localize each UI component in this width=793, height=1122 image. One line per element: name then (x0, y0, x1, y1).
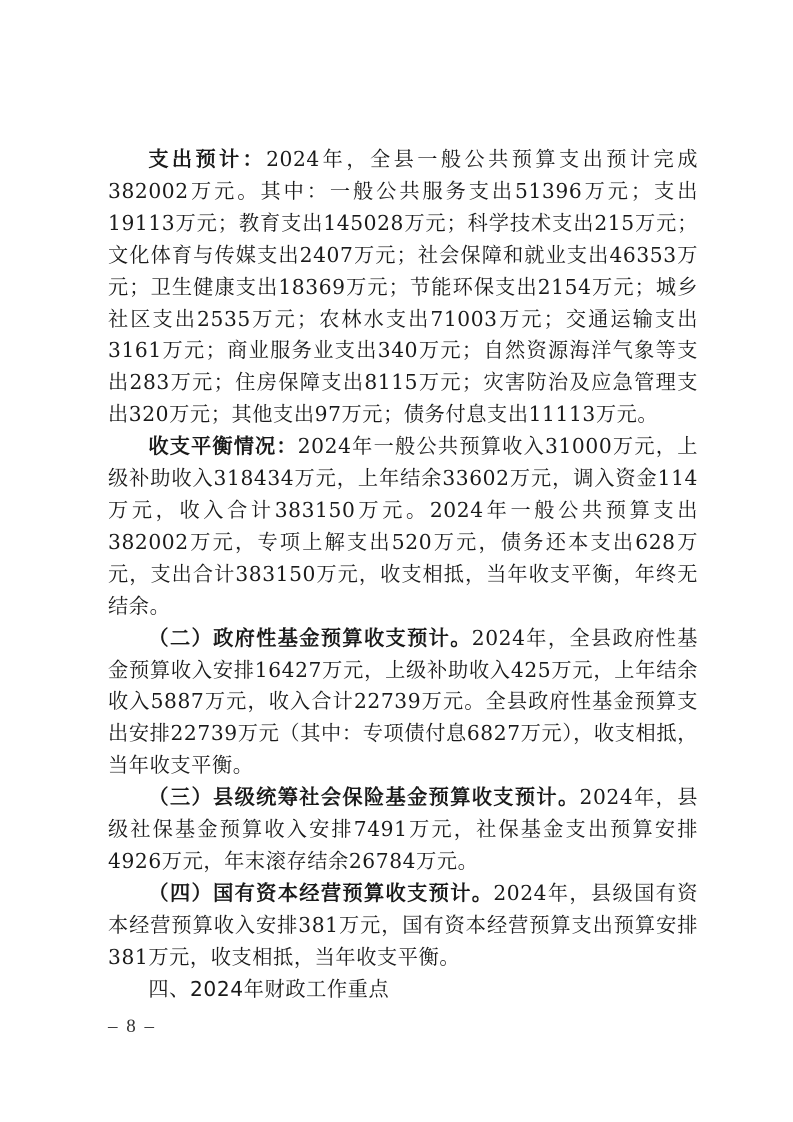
paragraph-government-fund: （二）政府性基金预算收支预计。2024年，全县政府性基金预算收入安排16427万… (108, 623, 698, 783)
paragraph-lead: （二）政府性基金预算收支预计。 (148, 626, 471, 650)
paragraph-body: 2024年一般公共预算收入31000万元，上级补助收入318434万元，上年结余… (108, 434, 698, 618)
paragraph-state-capital: （四）国有资本经营预算收支预计。2024年，县级国有资本经营预算收入安排381万… (108, 878, 698, 974)
paragraph-lead: 收支平衡情况： (148, 434, 297, 458)
page-number: – 8 – (108, 1016, 156, 1038)
paragraph-expenditure-forecast: 支出预计：2024年，全县一般公共预算支出预计完成382002万元。其中：一般公… (108, 144, 698, 431)
paragraph-lead: （三）县级统筹社会保险基金预算收支预计。 (148, 785, 579, 809)
paragraph-lead: 支出预计： (148, 147, 266, 171)
paragraph-social-insurance: （三）县级统筹社会保险基金预算收支预计。2024年，县级社保基金预算收入安排74… (108, 782, 698, 878)
paragraph-body: 2024年，全县一般公共预算支出预计完成382002万元。其中：一般公共服务支出… (108, 147, 698, 426)
section-heading: 四、2024年财政工作重点 (108, 974, 698, 1006)
paragraph-lead: （四）国有资本经营预算收支预计。 (148, 881, 493, 905)
paragraph-balance: 收支平衡情况：2024年一般公共预算收入31000万元，上级补助收入318434… (108, 431, 698, 622)
document-page: 支出预计：2024年，全县一般公共预算支出预计完成382002万元。其中：一般公… (108, 144, 698, 1005)
